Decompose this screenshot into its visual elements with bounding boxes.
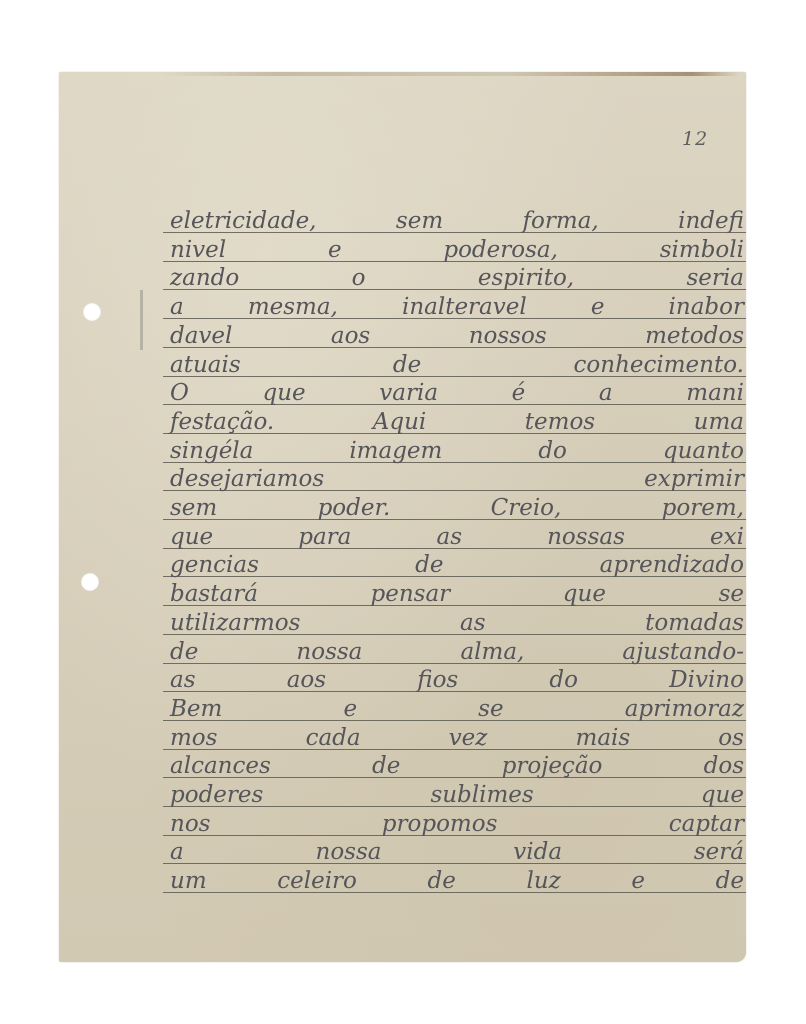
handwritten-word: utilizarmos [170, 609, 300, 637]
punch-hole-top [83, 303, 101, 321]
handwritten-word: se [719, 580, 744, 608]
page-number: 12 [682, 128, 708, 150]
handwritten-word: que [563, 580, 606, 608]
handwritten-line: moscadavezmaisos [170, 724, 744, 752]
handwritten-word: será [694, 838, 744, 866]
handwritten-line: davelaosnossosmetodos [170, 322, 744, 350]
handwritten-line: bastarápensarquese [170, 580, 744, 608]
handwritten-word: do [549, 666, 578, 694]
handwritten-word: e [343, 695, 357, 723]
handwritten-word: o [352, 264, 366, 292]
handwritten-word: indefi [678, 207, 744, 235]
handwritten-word: as [437, 523, 463, 551]
handwritten-word: propomos [382, 810, 498, 838]
handwritten-word: que [701, 781, 744, 809]
handwritten-line: amesma,inalteraveleinabor [170, 293, 744, 321]
handwritten-word: as [460, 609, 486, 637]
handwritten-word: do [538, 437, 567, 465]
handwritten-word: pensar [371, 580, 451, 608]
handwritten-word: nos [170, 810, 210, 838]
handwritten-word: forma, [523, 207, 599, 235]
handwritten-word: sem [396, 207, 443, 235]
handwritten-word: nossos [469, 322, 547, 350]
handwritten-word: seria [687, 264, 744, 292]
handwritten-word: alcances [170, 752, 271, 780]
handwritten-word: ajustando- [622, 638, 744, 666]
handwritten-line: nivelepoderosa,simboli [170, 236, 744, 264]
handwritten-word: sublimes [430, 781, 533, 809]
handwritten-word: de [372, 752, 400, 780]
handwritten-word: e [328, 236, 342, 264]
handwritten-word: singéla [170, 437, 253, 465]
handwritten-word: espirito, [478, 264, 574, 292]
handwritten-word: porem, [662, 494, 744, 522]
handwritten-line: genciasdeaprendizado [170, 551, 744, 579]
handwritten-word: mais [576, 724, 631, 752]
punch-hole-bottom [81, 573, 99, 591]
handwritten-word: vez [449, 724, 488, 752]
handwritten-word: vida [513, 838, 562, 866]
handwritten-line: utilizarmosastomadas [170, 609, 744, 637]
handwritten-word: e [631, 867, 645, 895]
handwritten-word: para [298, 523, 351, 551]
handwritten-word: mesma, [248, 293, 338, 321]
handwritten-word: luz [526, 867, 560, 895]
handwritten-word: inalteravel [402, 293, 527, 321]
handwritten-line: atuaisdeconhecimento. [170, 351, 744, 379]
handwritten-line: queparaasnossasexi [170, 523, 744, 551]
handwritten-word: varia [379, 379, 438, 407]
handwritten-word: temos [525, 408, 595, 436]
handwritten-word: cada [306, 724, 361, 752]
handwritten-word: de [170, 638, 198, 666]
handwritten-word: poderes [170, 781, 263, 809]
handwritten-word: mani [686, 379, 744, 407]
handwritten-word: conhecimento. [574, 351, 744, 379]
top-edge-stain [159, 72, 739, 76]
handwritten-word: nossa [296, 638, 362, 666]
handwritten-word: fios [417, 666, 458, 694]
handwritten-word: alma, [460, 638, 524, 666]
handwritten-word: inabor [669, 293, 744, 321]
handwritten-word: as [170, 666, 196, 694]
handwritten-word: exi [710, 523, 744, 551]
handwritten-word: desejariamos [170, 465, 324, 493]
handwritten-word: é [512, 379, 526, 407]
handwritten-word: poder. [318, 494, 391, 522]
handwritten-word: se [478, 695, 503, 723]
handwritten-word: aos [331, 322, 370, 350]
handwritten-word: nossas [547, 523, 625, 551]
handwritten-word: imagem [349, 437, 442, 465]
handwritten-word: Aqui [373, 408, 427, 436]
handwritten-word: e [591, 293, 605, 321]
handwritten-line: zandooespirito,seria [170, 264, 744, 292]
handwritten-line: umceleirodeluzede [170, 867, 744, 895]
handwritten-line: desejariamosexprimir [170, 465, 744, 493]
handwritten-word: zando [170, 264, 239, 292]
handwritten-line: alcancesdeprojeçãodos [170, 752, 744, 780]
handwritten-word: exprimir [644, 465, 744, 493]
handwritten-line: nospropomoscaptar [170, 810, 744, 838]
handwritten-word: eletricidade, [170, 207, 317, 235]
handwritten-word: um [170, 867, 207, 895]
handwritten-word: sem [170, 494, 217, 522]
handwritten-word: metodos [645, 322, 744, 350]
handwritten-word: tomadas [645, 609, 744, 637]
handwritten-line: denossaalma,ajustando- [170, 638, 744, 666]
handwritten-line: sempoder.Creio,porem, [170, 494, 744, 522]
handwritten-line: asaosfiosdoDivino [170, 666, 744, 694]
handwritten-line: eletricidade,semforma,indefi [170, 207, 744, 235]
handwritten-word: quanto [663, 437, 744, 465]
handwritten-word: a [170, 838, 184, 866]
handwritten-word: de [716, 867, 744, 895]
handwritten-word: festação. [170, 408, 274, 436]
handwritten-line: poderessublimesque [170, 781, 744, 809]
handwritten-word: que [262, 379, 305, 407]
handwritten-word: atuais [170, 351, 241, 379]
handwritten-word: de [393, 351, 421, 379]
handwritten-word: a [599, 379, 613, 407]
handwritten-line: festação.Aquitemosuma [170, 408, 744, 436]
handwritten-word: celeiro [277, 867, 357, 895]
handwritten-word: uma [694, 408, 744, 436]
handwritten-word: que [170, 523, 213, 551]
handwritten-line: Bemeseaprimoraz [170, 695, 744, 723]
handwritten-word: aos [287, 666, 326, 694]
handwritten-word: de [415, 551, 443, 579]
handwritten-word: aprimoraz [625, 695, 744, 723]
handwritten-word: davel [170, 322, 232, 350]
handwritten-line: Oquevariaéamani [170, 379, 744, 407]
handwritten-word: de [428, 867, 456, 895]
handwritten-word: nivel [170, 236, 226, 264]
handwritten-word: nossa [316, 838, 382, 866]
handwritten-word: bastará [170, 580, 258, 608]
handwritten-word: projeção [502, 752, 603, 780]
handwritten-word: mos [170, 724, 217, 752]
handwritten-word: a [170, 293, 184, 321]
handwritten-word: Divino [669, 666, 744, 694]
handwritten-word: gencias [170, 551, 259, 579]
handwritten-line: anossavidaserá [170, 838, 744, 866]
handwritten-word: Creio, [491, 494, 562, 522]
handwritten-word: O [170, 379, 189, 407]
handwritten-line: singélaimagemdoquanto [170, 437, 744, 465]
handwritten-word: simboli [660, 236, 744, 264]
margin-pencil-mark [140, 290, 143, 350]
handwritten-word: aprendizado [600, 551, 744, 579]
handwritten-word: poderosa, [443, 236, 558, 264]
handwritten-word: os [718, 724, 744, 752]
handwritten-word: dos [704, 752, 744, 780]
handwritten-word: captar [669, 810, 744, 838]
handwritten-word: Bem [170, 695, 222, 723]
